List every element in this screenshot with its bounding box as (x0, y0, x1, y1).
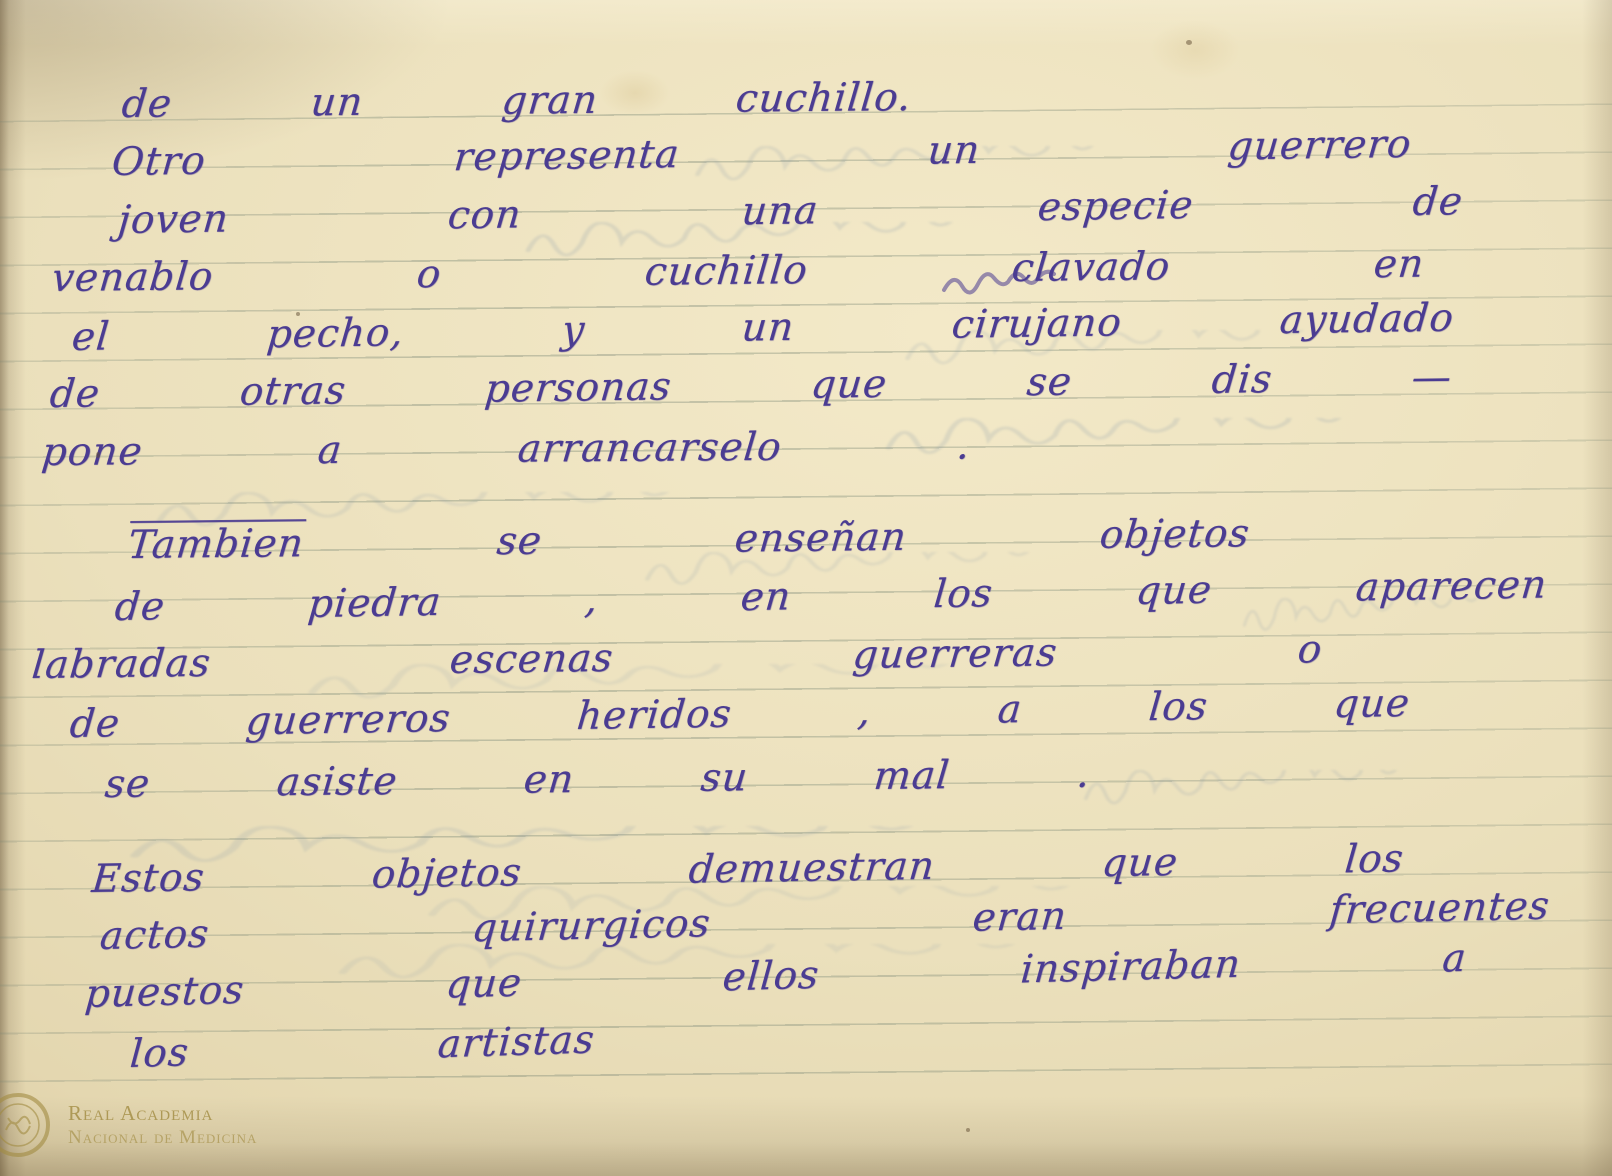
handwriting-line: deguerrerosheridos,alosque (70, 681, 1411, 747)
handwriting-line: labradasescenasguerreraso (32, 627, 1322, 688)
watermark-line2: Nacional de Medicina (68, 1126, 257, 1149)
watermark: Real Academia Nacional de Medicina (0, 1086, 257, 1164)
handwriting-line: Tambienseenseñanobjetos (128, 511, 1250, 568)
handwriting-line: deungrancuchillo. (122, 75, 912, 127)
handwriting-line: jovenconunaespeciede (118, 179, 1463, 243)
handwriting-line: venabloocuchilloclavadoen (52, 242, 1424, 301)
handwriting-line: seasisteensumal. (105, 752, 1090, 807)
bleed-through-text (1080, 770, 1520, 814)
paper-stain (1150, 20, 1240, 80)
bleed-through-text (880, 418, 1520, 464)
dust-speck (966, 1128, 970, 1132)
handwriting-line: Otrorepresentaunguerrero (112, 122, 1413, 185)
dust-speck (1186, 40, 1192, 45)
manuscript-page: deungrancuchillo. Otrorepresentaunguerre… (0, 0, 1612, 1176)
handwriting-line: depiedra,enlosqueaparecen (115, 563, 1548, 630)
handwriting-line: poneaarrancarselo. (42, 424, 970, 475)
watermark-line1: Real Academia (68, 1101, 257, 1127)
handwriting-line: losartistas (129, 1017, 595, 1077)
handwriting-line: deotraspersonasquesedis— (50, 355, 1452, 417)
academy-seal-icon (0, 1086, 62, 1164)
handwriting-line: elpecho,yuncirujanoayudado (72, 296, 1454, 360)
